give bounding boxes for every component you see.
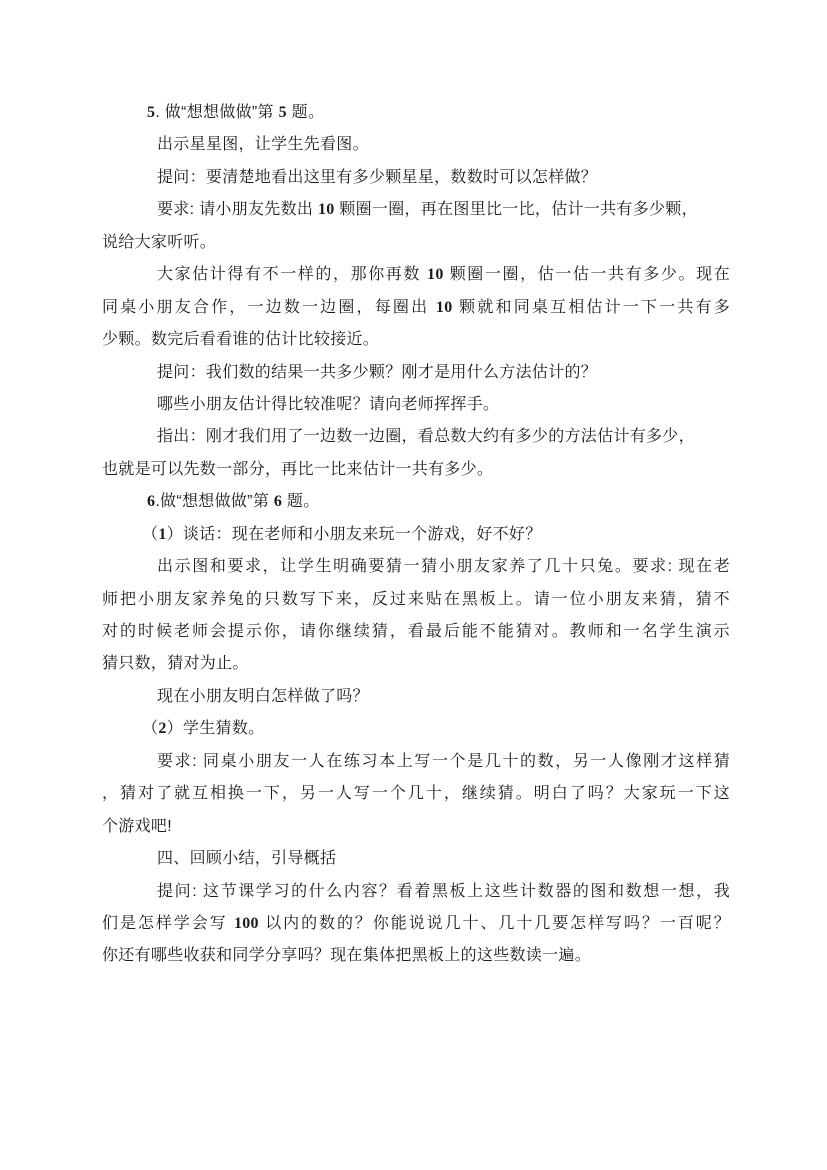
numeral: 6 bbox=[147, 493, 155, 510]
text-line: 你还有哪些收获和同学分享吗？现在集体把黑板上的这些数读一遍。 bbox=[102, 940, 730, 972]
text-line: 对的时候老师会提示你，请你继续猜，看最后能不能猜对。教师和一名学生演示 bbox=[102, 616, 730, 648]
text-line: 猜只数，猜对为止。 bbox=[102, 648, 730, 680]
numeral: 100 bbox=[234, 915, 259, 932]
text-line: 要求: 请小朋友先数出 10 颗圈一圈，再在图里比一比，估计一共有多少颗， bbox=[102, 194, 730, 226]
text-line: 现在小朋友明白怎样做了吗？ bbox=[102, 681, 730, 713]
text-line: （1）谈话：现在老师和小朋友来玩一个游戏，好不好？ bbox=[102, 519, 730, 551]
text-line: 们是怎样学会写 100 以内的数的？你能说说几十、几十几要怎样写吗？一百呢？ bbox=[102, 908, 730, 940]
text-line: 大家估计得有不一样的，那你再数 10 颗圈一圈，估一估一共有多少。现在 bbox=[102, 259, 730, 291]
text-line: 提问：我们数的结果一共多少颗？刚才是用什么方法估计的？ bbox=[102, 357, 730, 389]
numeral: 10 bbox=[427, 266, 444, 283]
numeral: 10 bbox=[318, 201, 335, 218]
numeral: 1 bbox=[158, 526, 166, 543]
text-line: 师把小朋友家养兔的只数写下来，反过来贴在黑板上。请一位小朋友来猜，猜不 bbox=[102, 584, 730, 616]
numeral: 6 bbox=[274, 493, 282, 510]
text-line: 说给大家听听。 bbox=[102, 227, 730, 259]
text-line: 四、回顾小结，引导概括 bbox=[102, 843, 730, 875]
text-line: 个游戏吧! bbox=[102, 811, 730, 843]
text-line: 也就是可以先数一部分，再比一比来估计一共有多少。 bbox=[102, 454, 730, 486]
text-line: ，猜对了就互相换一下，另一人写一个几十，继续猜。明白了吗？大家玩一下这 bbox=[102, 778, 730, 810]
document-page: 5. 做“想想做做”第 5 题。出示星星图，让学生先看图。提问：要清楚地看出这里… bbox=[0, 0, 827, 1170]
numeral: 5 bbox=[279, 104, 287, 121]
text-line: 提问: 这节课学习的什么内容？看着黑板上这些计数器的图和数想一想，我 bbox=[102, 876, 730, 908]
text-line: 6.做“想想做做”第 6 题。 bbox=[102, 486, 730, 518]
text-line: 5. 做“想想做做”第 5 题。 bbox=[102, 97, 730, 129]
text-line: 要求: 同桌小朋友一人在练习本上写一个是几十的数，另一人像刚才这样猜 bbox=[102, 746, 730, 778]
text-line: 提问：要清楚地看出这里有多少颗星星，数数时可以怎样做？ bbox=[102, 162, 730, 194]
text-line: 哪些小朋友估计得比较准呢？请向老师挥挥手。 bbox=[102, 389, 730, 421]
text-line: 同桌小朋友合作，一边数一边圈，每圈出 10 颗就和同桌互相估计一下一共有多 bbox=[102, 292, 730, 324]
text-line: 指出：刚才我们用了一边数一边圈，看总数大约有多少的方法估计有多少， bbox=[102, 421, 730, 453]
numeral: 2 bbox=[158, 720, 166, 737]
numeral: 5 bbox=[147, 104, 155, 121]
text-line: （2）学生猜数。 bbox=[102, 713, 730, 745]
document-lines: 5. 做“想想做做”第 5 题。出示星星图，让学生先看图。提问：要清楚地看出这里… bbox=[102, 97, 730, 973]
text-line: 出示星星图，让学生先看图。 bbox=[102, 129, 730, 161]
text-line: 少颗。数完后看看谁的估计比较接近。 bbox=[102, 324, 730, 356]
text-line: 出示图和要求，让学生明确要猜一猜小朋友家养了几十只兔。要求: 现在老 bbox=[102, 551, 730, 583]
numeral: 10 bbox=[436, 299, 453, 316]
